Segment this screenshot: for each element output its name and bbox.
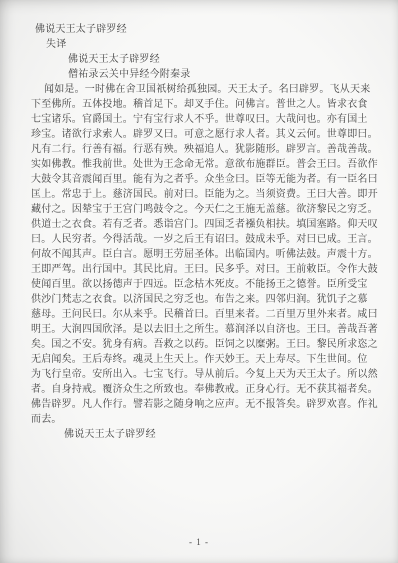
text-line-body: 慈母。王问民曰。尔从来乎。民稽首曰。百里来者。二百里万里外来者。咸曰 (31, 307, 376, 322)
text-line-body: 供沙门梵志之衣食。以济国民之穷乏也。布告之来。四邻归润。犹饥子之慕 (31, 292, 376, 307)
text-line-body: 矣。国之不安。犹身有病。吾救之以药。臣饲之以糜粥。王曰。黎民所求恣之 (31, 337, 376, 352)
text-line-inner-title: 佛说天王太子辟罗经 (31, 52, 376, 67)
text-line-translator: 失译 (31, 37, 376, 52)
text-line-body: 王即严驾。出行国中。其民比肩。王曰。民多乎。对曰。王前敕臣。令作大鼓 (31, 262, 376, 277)
document-lines: 佛说天王太子辟罗经失译佛说天王太子辟罗经僧祐录云关中异经今附秦录闻如是。一时佛在… (31, 22, 376, 442)
text-line-body: 为飞行皇帝。安所出入。七宝飞行。导从前后。今复上天为天王太子。所以然 (31, 367, 376, 382)
text-line-body: 七宝诸乐。官爵国土。宁有宝行求人不乎。世尊叹曰。大哉问也。亦有国土 (31, 112, 376, 127)
text-line-body: 者。自身持戒。覆济众生之所致也。奉佛教戒。正身心行。无不获其福者矣。 (31, 382, 376, 397)
text-line-body: 明王。大润四国欣泽。是以去旧土之所生。慕润泽以自济也。王曰。善哉吾著 (31, 322, 376, 337)
text-line-body: 实如佛教。惟我前世。处世为王念命无常。意欲布施群臣。普会王曰。吾欲作 (31, 157, 376, 172)
text-line-body: 匡上。常忠于上。慈济国民。前对曰。臣能为之。当须资费。王曰大善。即开 (31, 187, 376, 202)
text-line-body: 无启闻矣。王后寿终。魂灵上生天上。作天妙王。天上寿尽。下生世间。位 (31, 352, 376, 367)
text-line-body: 珍宝。诸欲行求索人。辟罗又曰。可意之愿行求人者。其义云何。世尊即曰。 (31, 127, 376, 142)
text-line-body: 曰。人民穷者。今得活哉。一岁之后王有诏曰。鼓成未乎。对曰已成。王言。 (31, 232, 376, 247)
text-line-body: 下至佛所。五体投地。稽首足下。却叉手住。问佛言。普世之人。皆求衣食 (31, 97, 376, 112)
text-line-body: 何故不闻其声。臣白言。愿明王劳屈圣体。出临国内。听佛法鼓。声震十方。 (31, 247, 376, 262)
text-line-ending-title: 佛说天王太子辟罗经 (31, 427, 376, 442)
text-line-body: 而去。 (31, 412, 376, 427)
text-line-body: 藏付之。因辇宝于王宫门鸣鼓令之。今天仁之王施无盖慈。欲济黎民之穷乏。 (31, 202, 376, 217)
text-line-body: 佛告辟罗。凡人作行。譬若影之随身响之应声。无不报答矣。辟罗欢喜。作礼 (31, 397, 376, 412)
text-line-catalog-note: 僧祐录云关中异经今附秦录 (31, 67, 376, 82)
document-page: 佛说天王太子辟罗经失译佛说天王太子辟罗经僧祐录云关中异经今附秦录闻如是。一时佛在… (0, 0, 398, 563)
text-line-body: 闻如是。一时佛在舍卫国祇树给孤独园。天王太子。名曰辟罗。飞从天来 (31, 82, 376, 97)
page-number: - 1 - (0, 537, 398, 547)
text-line-body: 供道士之衣食。若有乏者。悉诣宫门。四国乏者襁负相扶。填国塞路。仰天叹 (31, 217, 376, 232)
text-line-title: 佛说天王太子辟罗经 (31, 22, 376, 37)
text-line-body: 使闻百里。欲以扬德声于四远。臣念枯木死皮。不能扬王之德誉。臣所受宝 (31, 277, 376, 292)
text-line-body: 凡有二行。行善有福。行恶有殃。殃福追人。犹影随形。辟罗言。善哉善哉。 (31, 142, 376, 157)
text-line-body: 大鼓令其音震闻百里。能有为之者乎。众坐佥曰。臣等无能为者。有一臣名曰 (31, 172, 376, 187)
